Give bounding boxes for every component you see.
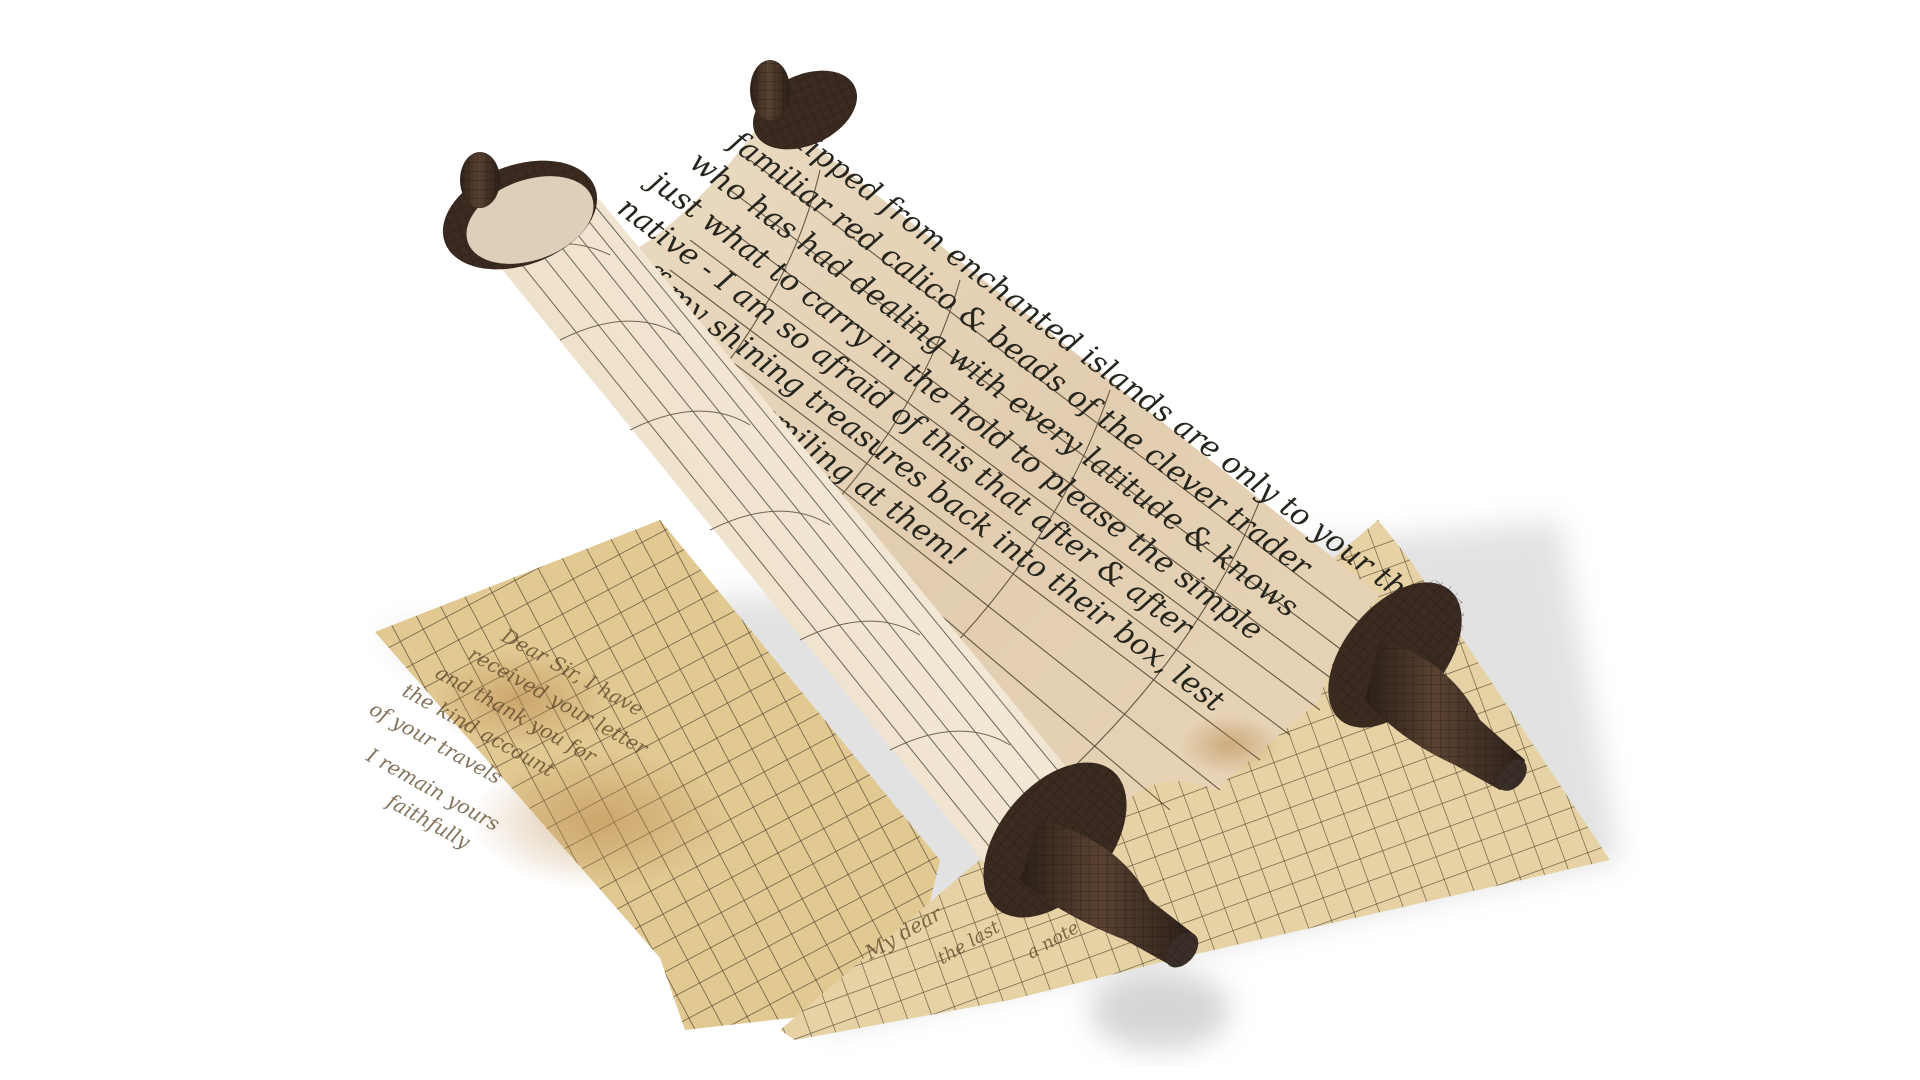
scroll-illustration: Dear Sir, I have received your letter an… [0, 0, 1920, 1080]
